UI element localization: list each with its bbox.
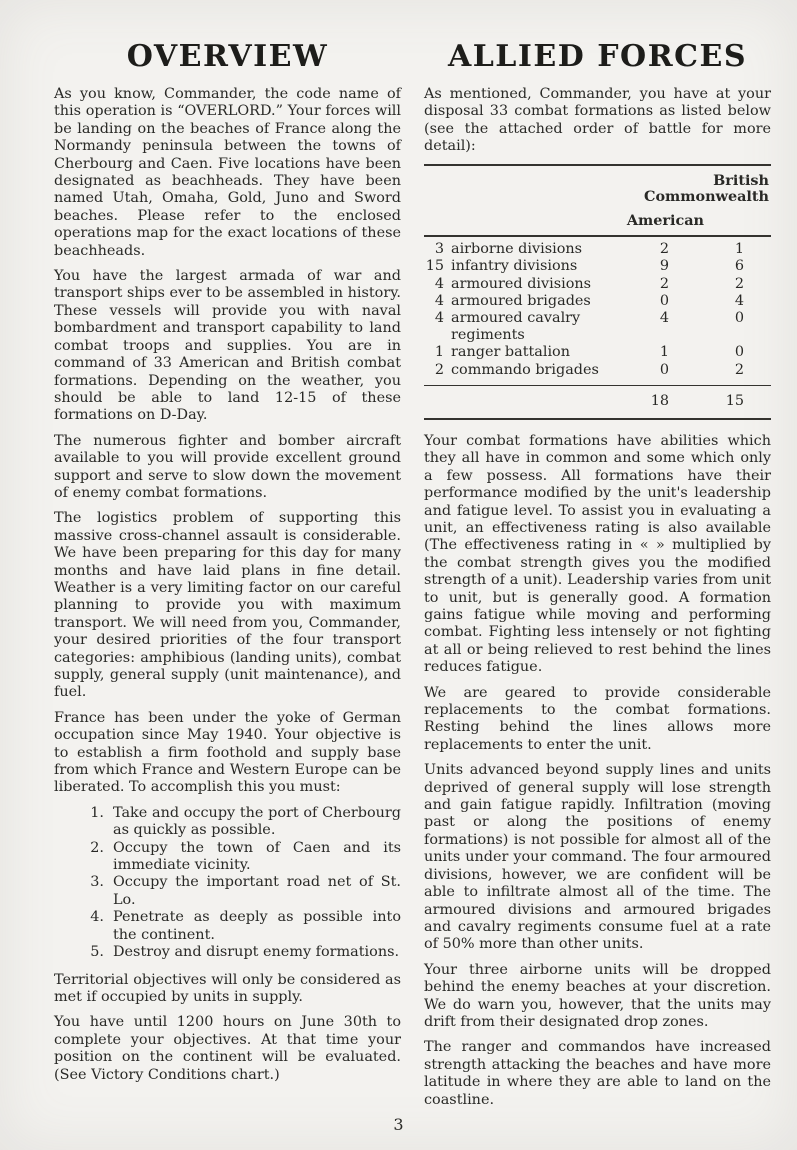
allied-paragraph-3: Units advanced beyond supply lines and u… bbox=[424, 762, 771, 953]
overview-paragraph-4: The logistics problem of supporting this… bbox=[54, 510, 401, 701]
objective-item-5: 5. Destroy and disrupt enemy formations. bbox=[84, 944, 401, 961]
british-value: 0 bbox=[669, 310, 771, 344]
overview-paragraph-1: As you know, Commander, the code name of… bbox=[54, 86, 401, 260]
american-value: 0 bbox=[623, 293, 669, 310]
allied-paragraph-5: The ranger and commandos have increased … bbox=[424, 1039, 771, 1109]
forces-table: British Commonwealth American 3 airborne… bbox=[424, 164, 771, 420]
header-british-line2: Commonwealth bbox=[424, 189, 771, 206]
unit-count: 4 bbox=[424, 276, 444, 293]
american-value: 2 bbox=[623, 276, 669, 293]
objective-item-3: 3. Occupy the important road net of St. … bbox=[84, 874, 401, 909]
objective-text: Penetrate as deeply as possible into the… bbox=[113, 909, 401, 944]
objective-text: Occupy the town of Caen and its immediat… bbox=[113, 840, 401, 875]
overview-paragraph-5: France has been under the yoke of German… bbox=[54, 710, 401, 797]
objective-item-2: 2. Occupy the town of Caen and its immed… bbox=[84, 840, 401, 875]
british-value: 2 bbox=[669, 362, 771, 379]
table-row: 4 armoured divisions 2 2 bbox=[424, 276, 771, 293]
british-value: 4 bbox=[669, 293, 771, 310]
overview-title: OVERVIEW bbox=[54, 40, 401, 74]
header-british-line1: British bbox=[424, 173, 771, 190]
allied-intro-paragraph: As mentioned, Commander, you have at you… bbox=[424, 86, 771, 156]
table-row: 3 airborne divisions 2 1 bbox=[424, 241, 771, 258]
table-row: 4 armoured cavalry regiments 4 0 bbox=[424, 310, 771, 344]
objective-item-4: 4. Penetrate as deeply as possible into … bbox=[84, 909, 401, 944]
american-value: 4 bbox=[623, 310, 669, 344]
objective-number: 1. bbox=[84, 805, 104, 840]
unit-label: airborne divisions bbox=[444, 241, 623, 258]
overview-closing-1: Territorial objectives will only be cons… bbox=[54, 972, 401, 1007]
american-value: 1 bbox=[623, 344, 669, 361]
allied-paragraph-2: We are geared to provide considerable re… bbox=[424, 685, 771, 755]
british-value: 0 bbox=[669, 344, 771, 361]
table-row: 15 infantry divisions 9 6 bbox=[424, 258, 771, 275]
unit-label: infantry divisions bbox=[444, 258, 623, 275]
overview-paragraph-3: The numerous fighter and bomber aircraft… bbox=[54, 433, 401, 503]
forces-table-header: British Commonwealth American bbox=[424, 164, 771, 236]
american-value: 0 bbox=[623, 362, 669, 379]
allied-forces-title: ALLIED FORCES bbox=[424, 40, 771, 74]
objective-number: 3. bbox=[84, 874, 104, 909]
allied-forces-section: ALLIED FORCES As mentioned, Commander, y… bbox=[424, 40, 771, 1117]
objectives-list: 1. Take and occupy the port of Cherbourg… bbox=[54, 805, 401, 962]
british-total: 15 bbox=[669, 393, 771, 410]
objective-number: 4. bbox=[84, 909, 104, 944]
manual-page: OVERVIEW As you know, Commander, the cod… bbox=[0, 0, 797, 1150]
page-number: 3 bbox=[0, 1115, 797, 1134]
unit-count: 4 bbox=[424, 293, 444, 310]
british-value: 2 bbox=[669, 276, 771, 293]
objective-text: Occupy the important road net of St. Lo. bbox=[113, 874, 401, 909]
totals-spacer bbox=[424, 393, 444, 410]
unit-count: 15 bbox=[424, 258, 444, 275]
british-value: 1 bbox=[669, 241, 771, 258]
table-row: 1 ranger battalion 1 0 bbox=[424, 344, 771, 361]
unit-count: 1 bbox=[424, 344, 444, 361]
unit-label: ranger battalion bbox=[444, 344, 623, 361]
objective-number: 2. bbox=[84, 840, 104, 875]
british-value: 6 bbox=[669, 258, 771, 275]
american-value: 2 bbox=[623, 241, 669, 258]
overview-section: OVERVIEW As you know, Commander, the cod… bbox=[54, 40, 401, 1092]
american-value: 9 bbox=[623, 258, 669, 275]
overview-paragraph-2: You have the largest armada of war and t… bbox=[54, 268, 401, 425]
american-total: 18 bbox=[623, 393, 669, 410]
objective-item-1: 1. Take and occupy the port of Cherbourg… bbox=[84, 805, 401, 840]
unit-count: 3 bbox=[424, 241, 444, 258]
header-american: American bbox=[424, 213, 771, 230]
totals-spacer bbox=[444, 393, 623, 410]
unit-label: commando brigades bbox=[444, 362, 623, 379]
objective-number: 5. bbox=[84, 944, 104, 961]
objective-text: Take and occupy the port of Cherbourg as… bbox=[113, 805, 401, 840]
forces-table-totals: 18 15 bbox=[424, 386, 771, 420]
table-row: 2 commando brigades 0 2 bbox=[424, 362, 771, 379]
allied-paragraph-1: Your combat formations have abilities wh… bbox=[424, 433, 771, 677]
unit-count: 4 bbox=[424, 310, 444, 344]
table-row: 4 armoured brigades 0 4 bbox=[424, 293, 771, 310]
forces-table-body: 3 airborne divisions 2 1 15 infantry div… bbox=[424, 235, 771, 386]
overview-closing-2: You have until 1200 hours on June 30th t… bbox=[54, 1014, 401, 1084]
objective-text: Destroy and disrupt enemy formations. bbox=[113, 944, 401, 961]
unit-label: armoured divisions bbox=[444, 276, 623, 293]
unit-count: 2 bbox=[424, 362, 444, 379]
unit-label: armoured brigades bbox=[444, 293, 623, 310]
unit-label: armoured cavalry regiments bbox=[444, 310, 623, 344]
allied-paragraph-4: Your three airborne units will be droppe… bbox=[424, 962, 771, 1032]
